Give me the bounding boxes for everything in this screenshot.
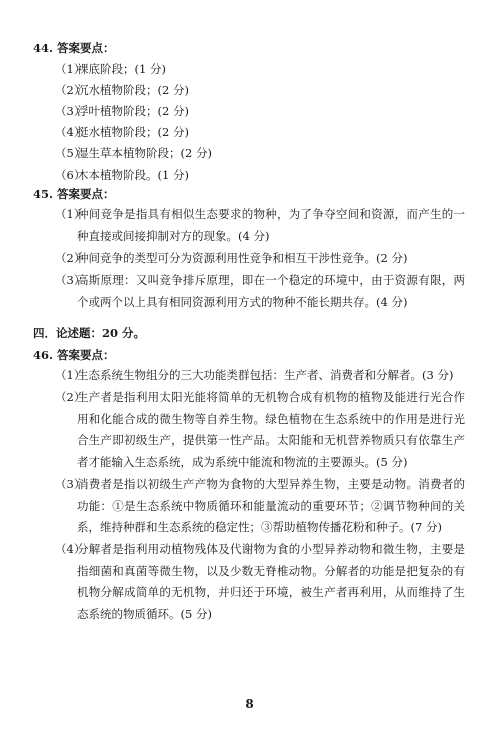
q44-item-1: （1） 裸底阶段；(1 分)	[55, 59, 465, 81]
item-number: （5）	[55, 143, 85, 165]
item-text: 生态系统生物组分的三大功能类群包括：生产者、消费者和分解者。(3 分)	[55, 365, 465, 387]
page-number: 8	[0, 697, 499, 711]
q44-item-5: （5） 湿生草本植物阶段；(2 分)	[55, 143, 465, 165]
q46-heading: 46. 答案要点：	[33, 347, 115, 363]
q44-item-3: （3） 浮叶植物阶段；(2 分)	[55, 101, 465, 123]
q44-item-2: （2） 沉水植物阶段；(2 分)	[55, 80, 465, 102]
q45-item-1: （1） 种间竞争是指具有相似生态要求的物种，为了争夺空间和资源，而产生的一种直接…	[55, 204, 465, 247]
item-number: （1）	[55, 204, 85, 226]
q45-heading: 45. 答案要点：	[33, 186, 115, 202]
item-text: 湿生草本植物阶段；(2 分)	[55, 143, 465, 165]
item-text: 高斯原理：又叫竞争排斥原理，即在一个稳定的环境中，由于资源有限，两个或两个以上具…	[55, 270, 465, 313]
item-text: 沉水植物阶段；(2 分)	[55, 80, 465, 102]
section-4-heading: 四．论述题：20 分。	[33, 325, 145, 341]
item-number: （2）	[55, 248, 85, 270]
q44-item-4: （4） 挺水植物阶段；(2 分)	[55, 122, 465, 144]
item-number: （1）	[55, 59, 85, 81]
q46-item-3: （3） 消费者是指以初级生产产物为食物的大型异养生物，主要是动物。消费者的功能：…	[55, 474, 465, 539]
item-number: （3）	[55, 270, 85, 292]
item-number: （2）	[55, 80, 85, 102]
q46-item-4: （4） 分解者是指利用动植物残体及代谢物为食的小型异养动物和微生物，主要是指细菌…	[55, 539, 465, 625]
item-number: （3）	[55, 101, 85, 123]
document-page: 44. 答案要点： （1） 裸底阶段；(1 分) （2） 沉水植物阶段；(2 分…	[0, 0, 499, 744]
item-text: 分解者是指利用动植物残体及代谢物为食的小型异养动物和微生物，主要是指细菌和真菌等…	[55, 539, 465, 625]
item-text: 挺水植物阶段；(2 分)	[55, 122, 465, 144]
item-number: （4）	[55, 122, 85, 144]
item-number: （1）	[55, 365, 85, 387]
item-text: 生产者是指利用太阳光能将简单的无机物合成有机物的植物及能进行光合作用和化能合成的…	[55, 387, 465, 473]
q44-heading: 44. 答案要点：	[33, 40, 115, 56]
item-text: 裸底阶段；(1 分)	[55, 59, 465, 81]
item-text: 消费者是指以初级生产产物为食物的大型异养生物，主要是动物。消费者的功能：①是生态…	[55, 474, 465, 539]
q45-item-3: （3） 高斯原理：又叫竞争排斥原理，即在一个稳定的环境中，由于资源有限，两个或两…	[55, 270, 465, 313]
item-text: 浮叶植物阶段；(2 分)	[55, 101, 465, 123]
q44-item-6: （6） 木本植物阶段。(1 分)	[55, 165, 465, 187]
item-text: 种间竞争的类型可分为资源利用性竞争和相互干涉性竞争。(2 分)	[55, 248, 465, 270]
item-number: （4）	[55, 539, 85, 561]
item-number: （3）	[55, 474, 85, 496]
item-text: 种间竞争是指具有相似生态要求的物种，为了争夺空间和资源，而产生的一种直接或间接抑…	[55, 204, 465, 247]
q46-item-1: （1） 生态系统生物组分的三大功能类群包括：生产者、消费者和分解者。(3 分)	[55, 365, 465, 387]
item-number: （6）	[55, 165, 85, 187]
item-number: （2）	[55, 387, 85, 409]
q46-item-2: （2） 生产者是指利用太阳光能将简单的无机物合成有机物的植物及能进行光合作用和化…	[55, 387, 465, 473]
q45-item-2: （2） 种间竞争的类型可分为资源利用性竞争和相互干涉性竞争。(2 分)	[55, 248, 465, 270]
item-text: 木本植物阶段。(1 分)	[55, 165, 465, 187]
